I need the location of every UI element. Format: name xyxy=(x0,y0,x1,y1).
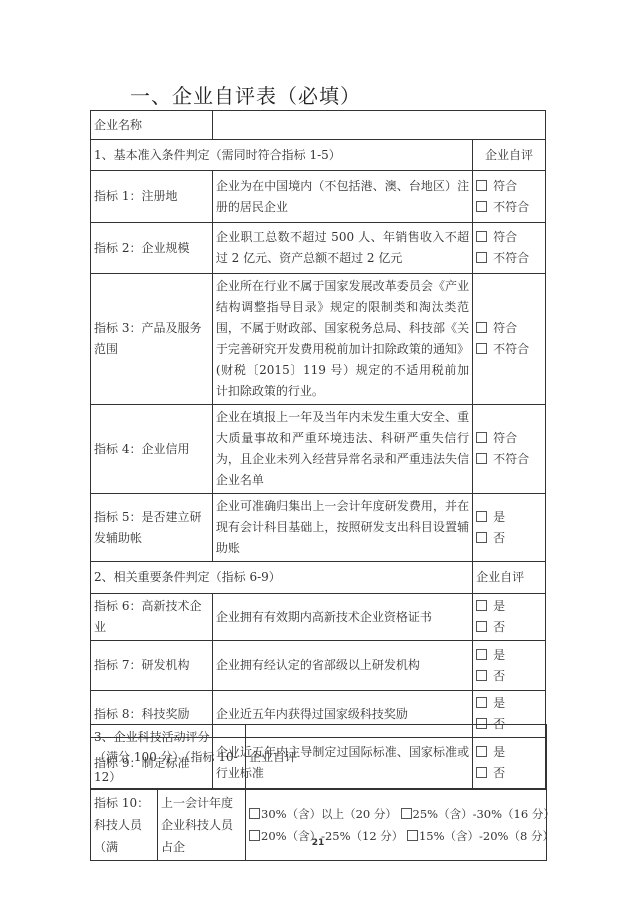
option-nonconform[interactable]: 不符合 xyxy=(476,339,542,360)
checkbox-icon[interactable] xyxy=(476,343,487,354)
page-number: 21 xyxy=(0,838,636,848)
company-name-row: 企业名称 xyxy=(91,111,546,140)
criterion-label: 指标 4：企业信用 xyxy=(91,405,213,494)
criterion-options: 符合 不符合 xyxy=(473,274,546,405)
checkbox-icon[interactable] xyxy=(476,670,487,681)
checkbox-icon[interactable] xyxy=(401,808,412,819)
option-conform[interactable]: 符合 xyxy=(476,428,542,449)
criterion-label: 指标 2：企业规模 xyxy=(91,223,213,274)
criterion-row-10: 指标 10：科技人员（满 上一会计年度企业科技人员占企 30%（含）以上（20 … xyxy=(91,790,547,861)
criterion-desc: 企业职工总数不超过 500 人、年销售收入不超过 2 亿元、资产总额不超过 2 … xyxy=(212,223,472,274)
criterion-options: 符合 不符合 xyxy=(473,171,546,223)
checkbox-icon[interactable] xyxy=(476,649,487,660)
checkbox-icon[interactable] xyxy=(476,201,487,212)
checkbox-icon[interactable] xyxy=(476,697,487,708)
criterion-row-7: 指标 7：研发机构 企业拥有经认定的省部级以上研发机构 是 否 xyxy=(91,641,546,691)
checkbox-icon[interactable] xyxy=(249,808,260,819)
criterion-desc: 上一会计年度企业科技人员占企 xyxy=(158,790,246,861)
option-no[interactable]: 否 xyxy=(476,617,542,638)
section1-eval-header: 企业自评 xyxy=(473,140,546,171)
checkbox-icon[interactable] xyxy=(476,322,487,333)
criterion-desc: 企业拥有经认定的省部级以上研发机构 xyxy=(212,641,472,691)
criterion-desc: 企业所在行业不属于国家发展改革委员会《产业结构调整指导目录》规定的限制类和淘汰类… xyxy=(212,274,472,405)
self-evaluation-table: 企业名称 1、基本准入条件判定（需同时符合指标 1-5） 企业自评 指标 1：注… xyxy=(90,110,546,789)
checkbox-icon[interactable] xyxy=(476,511,487,522)
section2-eval-header: 企业自评 xyxy=(473,562,546,594)
criterion-label: 指标 5：是否建立研发辅助帐 xyxy=(91,494,213,562)
company-name-field[interactable] xyxy=(212,111,545,140)
criterion-label: 指标 1：注册地 xyxy=(91,171,213,223)
option-yes[interactable]: 是 xyxy=(476,507,542,528)
checkbox-icon[interactable] xyxy=(476,621,487,632)
section1-header-row: 1、基本准入条件判定（需同时符合指标 1-5） 企业自评 xyxy=(91,140,546,171)
criterion-options: 是 否 xyxy=(473,494,546,562)
criterion-desc: 企业为在中国境内（不包括港、澳、台地区）注册的居民企业 xyxy=(212,171,472,223)
criterion-row-6: 指标 6：高新技术企业 企业拥有有效期内高新技术企业资格证书 是 否 xyxy=(91,594,546,641)
page-title: 一、企业自评表（必填） xyxy=(130,80,361,109)
criterion-label: 指标 10：科技人员（满 xyxy=(91,790,158,861)
criterion-options: 是 否 xyxy=(473,594,546,641)
section2-heading: 2、相关重要条件判定（指标 6-9） xyxy=(91,562,473,594)
criterion-row-5: 指标 5：是否建立研发辅助帐 企业可准确归集出上一会计年度研发费用，并在现有会计… xyxy=(91,494,546,562)
checkbox-icon[interactable] xyxy=(476,180,487,191)
criterion-options: 符合 不符合 xyxy=(473,405,546,494)
checkbox-icon[interactable] xyxy=(476,252,487,263)
option-conform[interactable]: 符合 xyxy=(476,176,542,197)
section3-heading: 3、企业科技活动评分 （满分 100 分）（指标 10-12） xyxy=(91,725,246,790)
criterion-label: 指标 3：产品及服务范围 xyxy=(91,274,213,405)
criterion-options: 符合 不符合 xyxy=(473,223,546,274)
checkbox-icon[interactable] xyxy=(476,231,487,242)
score-option-20[interactable]: 30%（含）以上（20 分） xyxy=(249,807,397,821)
criterion-options: 是 否 xyxy=(473,641,546,691)
score-options: 30%（含）以上（20 分） 25%（含）-30%（16 分） 20%（含）-2… xyxy=(246,790,547,861)
criterion-desc: 企业可准确归集出上一会计年度研发费用，并在现有会计科目基础上，按照研发支出科目设… xyxy=(212,494,472,562)
option-nonconform[interactable]: 不符合 xyxy=(476,248,542,269)
checkbox-icon[interactable] xyxy=(476,600,487,611)
criterion-row-2: 指标 2：企业规模 企业职工总数不超过 500 人、年销售收入不超过 2 亿元、… xyxy=(91,223,546,274)
criterion-label: 指标 7：研发机构 xyxy=(91,641,213,691)
option-conform[interactable]: 符合 xyxy=(476,318,542,339)
option-nonconform[interactable]: 不符合 xyxy=(476,197,542,218)
section3-header-row: 3、企业科技活动评分 （满分 100 分）（指标 10-12） 企业自评 xyxy=(91,725,547,790)
option-yes[interactable]: 是 xyxy=(476,596,542,617)
option-nonconform[interactable]: 不符合 xyxy=(476,449,542,470)
criterion-desc: 企业拥有有效期内高新技术企业资格证书 xyxy=(212,594,472,641)
checkbox-icon[interactable] xyxy=(476,432,487,443)
criterion-row-1: 指标 1：注册地 企业为在中国境内（不包括港、澳、台地区）注册的居民企业 符合 … xyxy=(91,171,546,223)
score-option-16[interactable]: 25%（含）-30%（16 分） xyxy=(401,807,555,821)
section3-eval-header: 企业自评 xyxy=(246,725,547,790)
checkbox-icon[interactable] xyxy=(476,453,487,464)
option-no[interactable]: 否 xyxy=(476,666,542,687)
checkbox-icon[interactable] xyxy=(476,532,487,543)
criterion-row-4: 指标 4：企业信用 企业在填报上一年及当年内未发生重大安全、重大质量事故和严重环… xyxy=(91,405,546,494)
criterion-desc: 企业在填报上一年及当年内未发生重大安全、重大质量事故和严重环境违法、科研严重失信… xyxy=(212,405,472,494)
company-name-label: 企业名称 xyxy=(91,111,213,140)
option-no[interactable]: 否 xyxy=(476,528,542,549)
criterion-label: 指标 6：高新技术企业 xyxy=(91,594,213,641)
option-yes[interactable]: 是 xyxy=(476,693,542,714)
section2-header-row: 2、相关重要条件判定（指标 6-9） 企业自评 xyxy=(91,562,546,594)
option-yes[interactable]: 是 xyxy=(476,645,542,666)
section1-heading: 1、基本准入条件判定（需同时符合指标 1-5） xyxy=(91,140,473,171)
option-conform[interactable]: 符合 xyxy=(476,227,542,248)
criterion-row-3: 指标 3：产品及服务范围 企业所在行业不属于国家发展改革委员会《产业结构调整指导… xyxy=(91,274,546,405)
